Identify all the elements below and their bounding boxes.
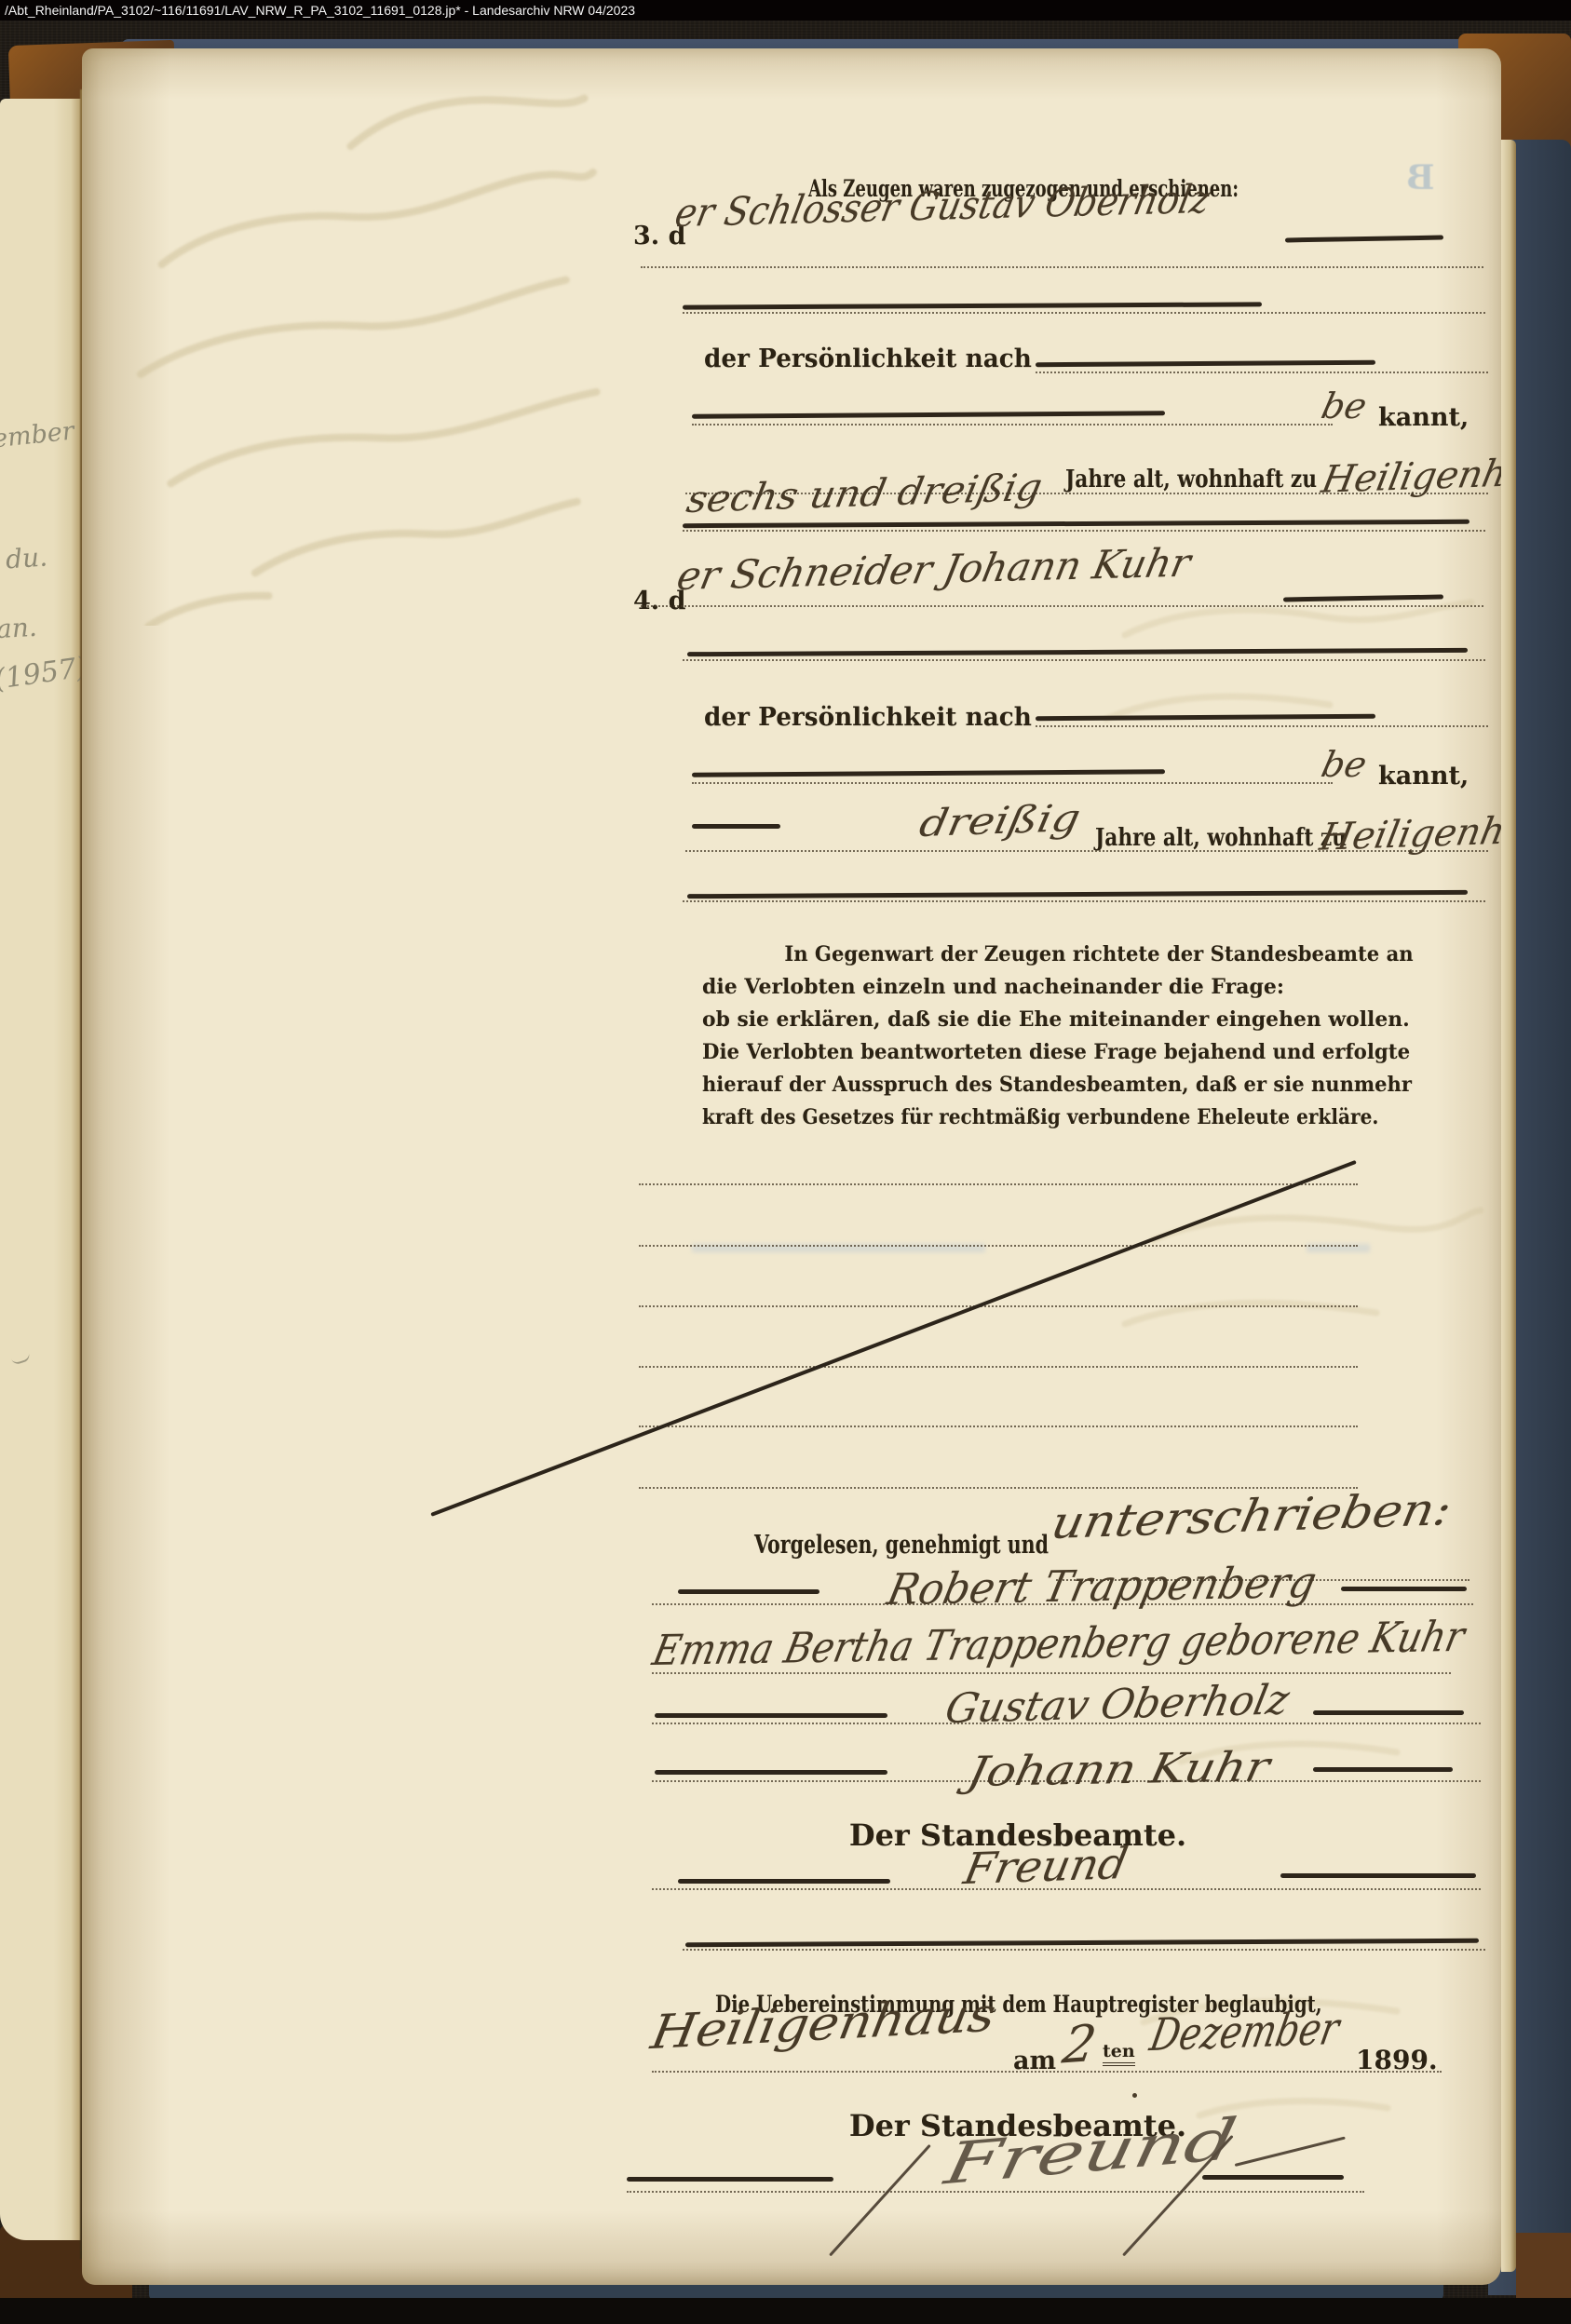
ink-line [1036,360,1375,368]
ink-dash [1202,2175,1344,2180]
ink-dash [627,2177,833,2182]
ink-dash [1280,1873,1476,1878]
dotted-rule [652,2071,1442,2073]
dotted-rule [652,1672,1451,1674]
dotted-rule [692,424,1333,426]
bleed-through-letter: B [1406,158,1434,197]
dotted-rule [683,1949,1485,1951]
cert-month-handwriting: Dezember [1146,2003,1344,2061]
age-label: Jahre alt, wohnhaft zu [1065,466,1317,493]
ink-dash [1341,1587,1467,1591]
dotted-rule [683,900,1485,902]
ink-dash [655,1770,887,1775]
witness3-name-handwriting: er Schlosser Gustav Oberholz [671,176,1214,236]
dotted-rule [652,1888,1481,1890]
ink-line [683,302,1262,309]
dotted-rule [652,1723,1481,1724]
dotted-rule [641,266,1483,268]
dotted-rule [652,1603,1473,1605]
book-leather-corner-bottom-right [1516,2233,1571,2305]
dotted-rule [641,605,1483,607]
ink-line [692,411,1165,419]
ink-dash [678,1589,819,1594]
dotted-rule [692,782,1333,784]
persoenlichkeit-label: der Persönlichkeit nach [704,703,1032,732]
window-title: /Abt_Rheinland/PA_3102/~116/11691/LAV_NR… [5,3,635,18]
dotted-rule [639,1305,1358,1307]
margin-note: du. [5,541,48,574]
cert-place-handwriting: Heiligenhaus [647,1987,1000,2060]
signature-handwriting: Gustav Oberholz [941,1676,1293,1733]
ink-dash [678,1879,890,1884]
image-viewer-window: /Abt_Rheinland/PA_3102/~116/11691/LAV_NR… [0,0,1571,2324]
dotted-rule [639,1245,1358,1247]
ink-dash [1313,1710,1464,1715]
dotted-rule [639,1183,1358,1185]
signature-handwriting: Johann Kuhr [964,1743,1274,1796]
dotted-rule [685,493,1488,494]
register-page: B Als Zeugen waren zugezogen und erschie… [82,48,1501,2285]
margin-note: an. [0,612,37,644]
dotted-rule [683,312,1485,314]
page-stack-edge [1501,140,1516,2272]
declaration-line: In Gegenwart der Zeugen richtete der Sta… [702,939,1414,971]
declaration-line: kraft des Gesetzes für rechtmäßig verbun… [702,1101,1378,1134]
signature-handwriting: Robert Trappenberg [883,1557,1320,1615]
declaration-line: hierauf der Ausspruch des Standesbeamten… [702,1069,1412,1101]
persoenlichkeit-label: der Persönlichkeit nach [704,345,1032,373]
dotted-rule [639,1487,1358,1489]
bekannt-printed: kannt, [1378,762,1469,790]
ink-line [683,520,1469,528]
dotted-rule [683,530,1485,532]
bleed-through-handwriting-top-left [82,58,631,626]
ink-dash [655,1713,887,1718]
dotted-rule [627,2191,1364,2193]
cert-day-suffix: ten [1103,2041,1135,2066]
window-title-bar[interactable]: /Abt_Rheinland/PA_3102/~116/11691/LAV_NR… [0,0,1571,22]
declaration-paragraph: In Gegenwart der Zeugen richtete der Sta… [702,939,1410,1134]
dotted-rule [1036,725,1488,727]
registrar-signature-handwriting: Freund [960,1838,1132,1894]
backdrop-bottom-shadow [0,2298,1571,2324]
ink-dot [1132,2093,1137,2098]
ink-dash [692,824,780,829]
witness4-age-handwriting: dreißig [915,797,1083,845]
dotted-rule [652,1780,1481,1782]
dotted-rule [639,1366,1358,1368]
ink-dash [1313,1767,1453,1772]
dotted-rule [685,850,1488,852]
signature-flourish-stroke [829,2144,930,2256]
age-label: Jahre alt, wohnhaft zu [1095,824,1347,852]
vorgelesen-printed: Vorgelesen, genehmigt und [754,1531,1049,1560]
declaration-line: Die Verlobten beantworteten diese Frage … [702,1036,1410,1069]
dotted-rule [639,1425,1358,1427]
bekannt-script: be [1318,385,1371,426]
declaration-line: ob sie erklären, daß sie die Ehe miteina… [702,1004,1410,1036]
ink-dash [1285,236,1443,243]
dotted-rule [683,659,1485,661]
bekannt-printed: kannt, [1378,403,1469,432]
dotted-rule [1036,372,1488,373]
declaration-line: die Verlobten einzeln und nacheinander d… [702,971,1284,1004]
